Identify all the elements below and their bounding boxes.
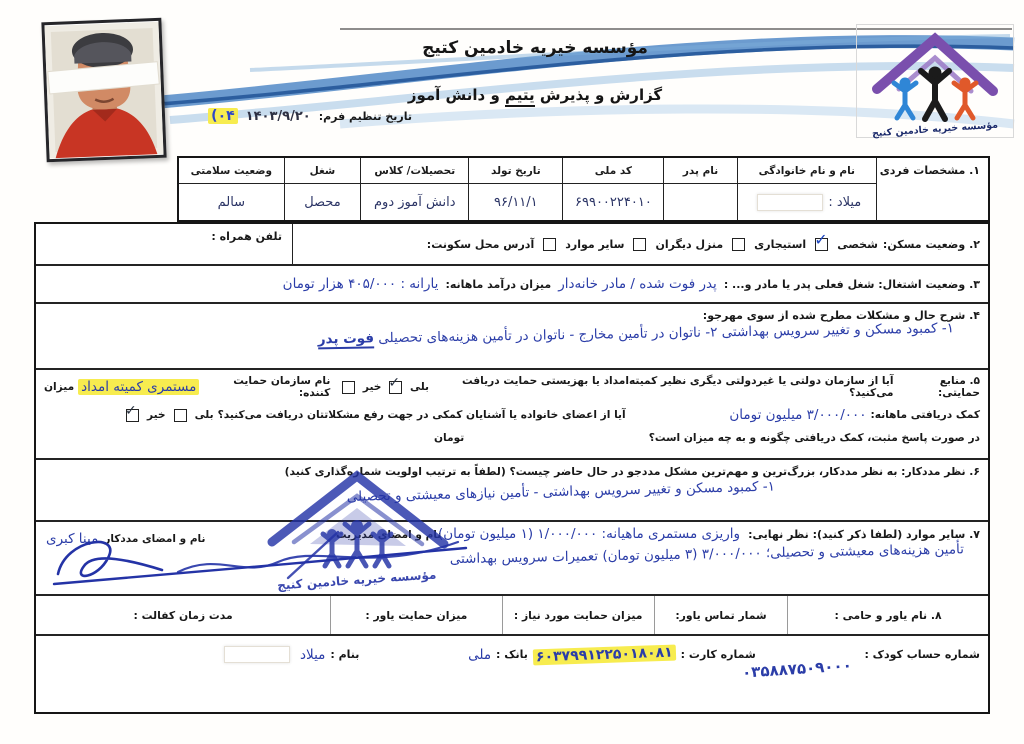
supporting-org-value-highlighted: مستمری کمیته امداد bbox=[78, 379, 199, 395]
col-education: تحصیلات/ کلاس bbox=[360, 158, 468, 184]
section2-main: ۲. وضعیت مسکن: شخصی استیجاری منزل دیگران… bbox=[293, 224, 988, 264]
form-date-line: تاریخ تنظیم فرم: ۱۴۰۳/۹/۲۰ (۰۴ bbox=[112, 108, 412, 124]
sponsor-name-label: ۸. نام یاور و حامی : bbox=[788, 609, 988, 622]
amount-label-tail: میزان bbox=[44, 381, 74, 393]
worker-opinion-handwritten: ۱- کمبود مسکن و تغییر سرویس بهداشتی - تأ… bbox=[44, 474, 980, 513]
form-table: ۱. مشخصات فردی نام و نام خانوادگی نام پد… bbox=[34, 156, 990, 714]
worker-signature-block: نام و امضای مددکار مینا کبری bbox=[46, 531, 205, 547]
scanned-form-page: مؤسسه خیریه خادمین کنیج مؤسسه خیریه خادم… bbox=[0, 0, 1024, 744]
toman-label: تومان bbox=[434, 432, 464, 444]
worker-signature-label: نام و امضای مددکار bbox=[104, 533, 205, 545]
val-fullname: میلاد : bbox=[737, 184, 876, 220]
sponsorship-duration-label: مدت زمان کفالت : bbox=[36, 596, 331, 634]
form-number-highlighted: (۰۴ bbox=[208, 108, 238, 124]
option-others-home-label: منزل دیگران bbox=[655, 238, 723, 251]
bank-label: بانک : bbox=[496, 648, 528, 661]
section4-problems: ۴. شرح حال و مشکلات مطرح شده از سوی مهرج… bbox=[36, 302, 988, 368]
col-birth-date: تاریخ تولد bbox=[468, 158, 562, 184]
child-photo bbox=[41, 18, 166, 163]
col-national-code: کد ملی bbox=[562, 158, 663, 184]
col-health: وضعیت سلامتی bbox=[179, 158, 284, 184]
yes1-label: بلی bbox=[410, 381, 429, 393]
address-label: آدرس محل سکونت: bbox=[427, 238, 534, 251]
section1-personal-details: ۱. مشخصات فردی نام و نام خانوادگی نام پد… bbox=[177, 156, 990, 222]
support-question1: آیا از سازمان دولتی یا غیردولتی دیگری نظ… bbox=[433, 375, 893, 399]
monthly-aid-value: ۳/۰۰۰/۰۰۰ میلیون تومان bbox=[729, 407, 866, 423]
sponsor-contact-label: شمار تماس یاور: bbox=[655, 596, 788, 634]
redaction-box bbox=[224, 646, 290, 663]
needed-support-label: میزان حمایت مورد نیاز : bbox=[503, 596, 655, 634]
val-father-name bbox=[663, 184, 736, 220]
option-other-label: سایر موارد bbox=[565, 238, 624, 251]
section3-label: ۳. وضعیت اشتغال: شغل فعلی پدر یا مادر و.… bbox=[724, 278, 980, 291]
option-personal-label: شخصی bbox=[837, 238, 878, 251]
section3-employment: ۳. وضعیت اشتغال: شغل فعلی پدر یا مادر و.… bbox=[36, 264, 988, 302]
option-rent-label: استیجاری bbox=[754, 238, 806, 251]
form-date-value: ۱۴۰۳/۹/۲۰ bbox=[246, 109, 311, 124]
checkbox-other bbox=[543, 238, 556, 251]
section5-line3: در صورت پاسخ مثبت، کمک دریافتی چگونه و ب… bbox=[44, 432, 980, 444]
form-title-part2-underlined: یتیم bbox=[505, 86, 535, 107]
checkbox-others-home bbox=[633, 238, 646, 251]
section1-grid: نام و نام خانوادگی نام پدر کد ملی تاریخ … bbox=[179, 158, 876, 220]
checkbox-yes1-checked bbox=[389, 381, 402, 394]
checkbox-no2-checked bbox=[126, 409, 139, 422]
section5-label: ۵. منابع حمایتی: bbox=[898, 375, 981, 399]
form-title-part1: گزارش و پذیرش bbox=[535, 86, 662, 104]
form-rows: ۲. وضعیت مسکن: شخصی استیجاری منزل دیگران… bbox=[34, 222, 990, 714]
val-fullname-text: میلاد : bbox=[828, 195, 861, 210]
section7-label: ۷. سایر موارد (لطفا ذکر کنید): نظر نهایی… bbox=[748, 528, 980, 541]
child-account-label: شماره حساب کودک : bbox=[864, 648, 980, 661]
mobile-phone-label: تلفن همراه : bbox=[36, 224, 293, 264]
org-logo: مؤسسه خیریه خادمین کنیج bbox=[856, 24, 1014, 138]
val-national-code: ۶۹۹۰۰۲۲۴۰۱۰ bbox=[562, 184, 663, 220]
bank-name-value: ملی bbox=[468, 647, 491, 663]
section6-worker-opinion: ۶. نظر مددکار: به نظر مددکار، بزرگ‌ترین … bbox=[36, 458, 988, 520]
card-number-label: شماره کارت : bbox=[681, 648, 756, 661]
support-question2: آیا از اعضای خانواده یا آشنایان کمکی در … bbox=[218, 409, 626, 421]
father-deceased-note: فوت پدر bbox=[318, 330, 375, 349]
section2-label: ۲. وضعیت مسکن: bbox=[883, 238, 980, 251]
section8-sponsor: ۸. نام یاور و حامی : شمار تماس یاور: میز… bbox=[36, 594, 988, 634]
yes2-label: بلی bbox=[195, 409, 214, 421]
section9-bank-info: شماره حساب کودک : شماره کارت : ۶۰۳۷۹۹۱۲۲… bbox=[36, 634, 988, 716]
in-name-of-label: بنام : bbox=[330, 648, 359, 661]
no2-label: خیر bbox=[147, 409, 166, 421]
val-birth-date: ۹۶/۱۱/۱ bbox=[468, 184, 562, 220]
checkbox-rent bbox=[732, 238, 745, 251]
in-name-of-value: میلاد bbox=[300, 647, 325, 663]
section5-line2: کمک دریافتی ماهانه: ۳/۰۰۰/۰۰۰ میلیون توم… bbox=[44, 407, 980, 423]
section1-label: ۱. مشخصات فردی bbox=[876, 158, 988, 220]
section5-support-sources: ۵. منابع حمایتی: آیا از سازمان دولتی یا … bbox=[36, 368, 988, 458]
problems-handwritten-line: ۱- کمبود مسکن و تغییر سرویس بهداشتی ۲- ن… bbox=[44, 320, 980, 352]
redaction-box bbox=[757, 194, 823, 211]
card-number-value-highlighted: ۶۰۳۷۹۹۱۲۲۵۰۱۸۰۸۱ bbox=[533, 644, 676, 665]
problems-text: ۱- کمبود مسکن و تغییر سرویس بهداشتی ۲- ن… bbox=[378, 320, 954, 346]
section5-line1: ۵. منابع حمایتی: آیا از سازمان دولتی یا … bbox=[44, 375, 980, 399]
worker-name-handwritten: مینا کبری bbox=[46, 531, 98, 547]
income-label: میزان درآمد ماهانه: bbox=[445, 278, 551, 291]
section2-housing: ۲. وضعیت مسکن: شخصی استیجاری منزل دیگران… bbox=[36, 224, 988, 264]
form-title-part3: و دانش آموز bbox=[408, 86, 505, 104]
checkbox-yes2 bbox=[174, 409, 187, 422]
no1-label: خیر bbox=[363, 381, 382, 393]
parent-job-value: پدر فوت شده / مادر خانه‌دار bbox=[558, 276, 717, 292]
val-health: سالم bbox=[179, 184, 284, 220]
col-fullname: نام و نام خانوادگی bbox=[737, 158, 876, 184]
monthly-aid-label: کمک دریافتی ماهانه: bbox=[871, 409, 980, 421]
final-opinion-line1: واریزی مستمری ماهیانه: ۱/۰۰۰/۰۰۰ (۱ میلی… bbox=[438, 526, 740, 542]
col-father-name: نام پدر bbox=[663, 158, 736, 184]
form-title: گزارش و پذیرش یتیم و دانش آموز bbox=[250, 86, 820, 104]
income-value: یارانه : ۴۰۵/۰۰۰ هزار تومان bbox=[283, 276, 439, 292]
form-date-label: تاریخ تنظیم فرم: bbox=[319, 110, 412, 123]
section7-other-items: ۷. سایر موارد (لطفا ذکر کنید): نظر نهایی… bbox=[36, 520, 988, 594]
val-job: محصل bbox=[284, 184, 361, 220]
support-question3: در صورت پاسخ مثبت، کمک دریافتی چگونه و ب… bbox=[649, 432, 980, 444]
supporting-org-label: نام سازمان حمایت کننده: bbox=[203, 375, 330, 399]
sponsor-support-label: میزان حمایت یاور : bbox=[331, 596, 502, 634]
checkbox-personal-checked bbox=[815, 238, 828, 251]
checkbox-no1 bbox=[342, 381, 355, 394]
child-portrait-graphic bbox=[44, 21, 163, 159]
val-education: دانش آموز دوم bbox=[360, 184, 468, 220]
manager-signature-label: نام و امضای مدیریت bbox=[336, 529, 441, 541]
section4-label: ۴. شرح حال و مشکلات مطرح شده از سوی مهرج… bbox=[44, 309, 980, 322]
org-name-title: مؤسسه خیریه خادمین کتیج bbox=[250, 38, 820, 58]
col-job: شغل bbox=[284, 158, 361, 184]
